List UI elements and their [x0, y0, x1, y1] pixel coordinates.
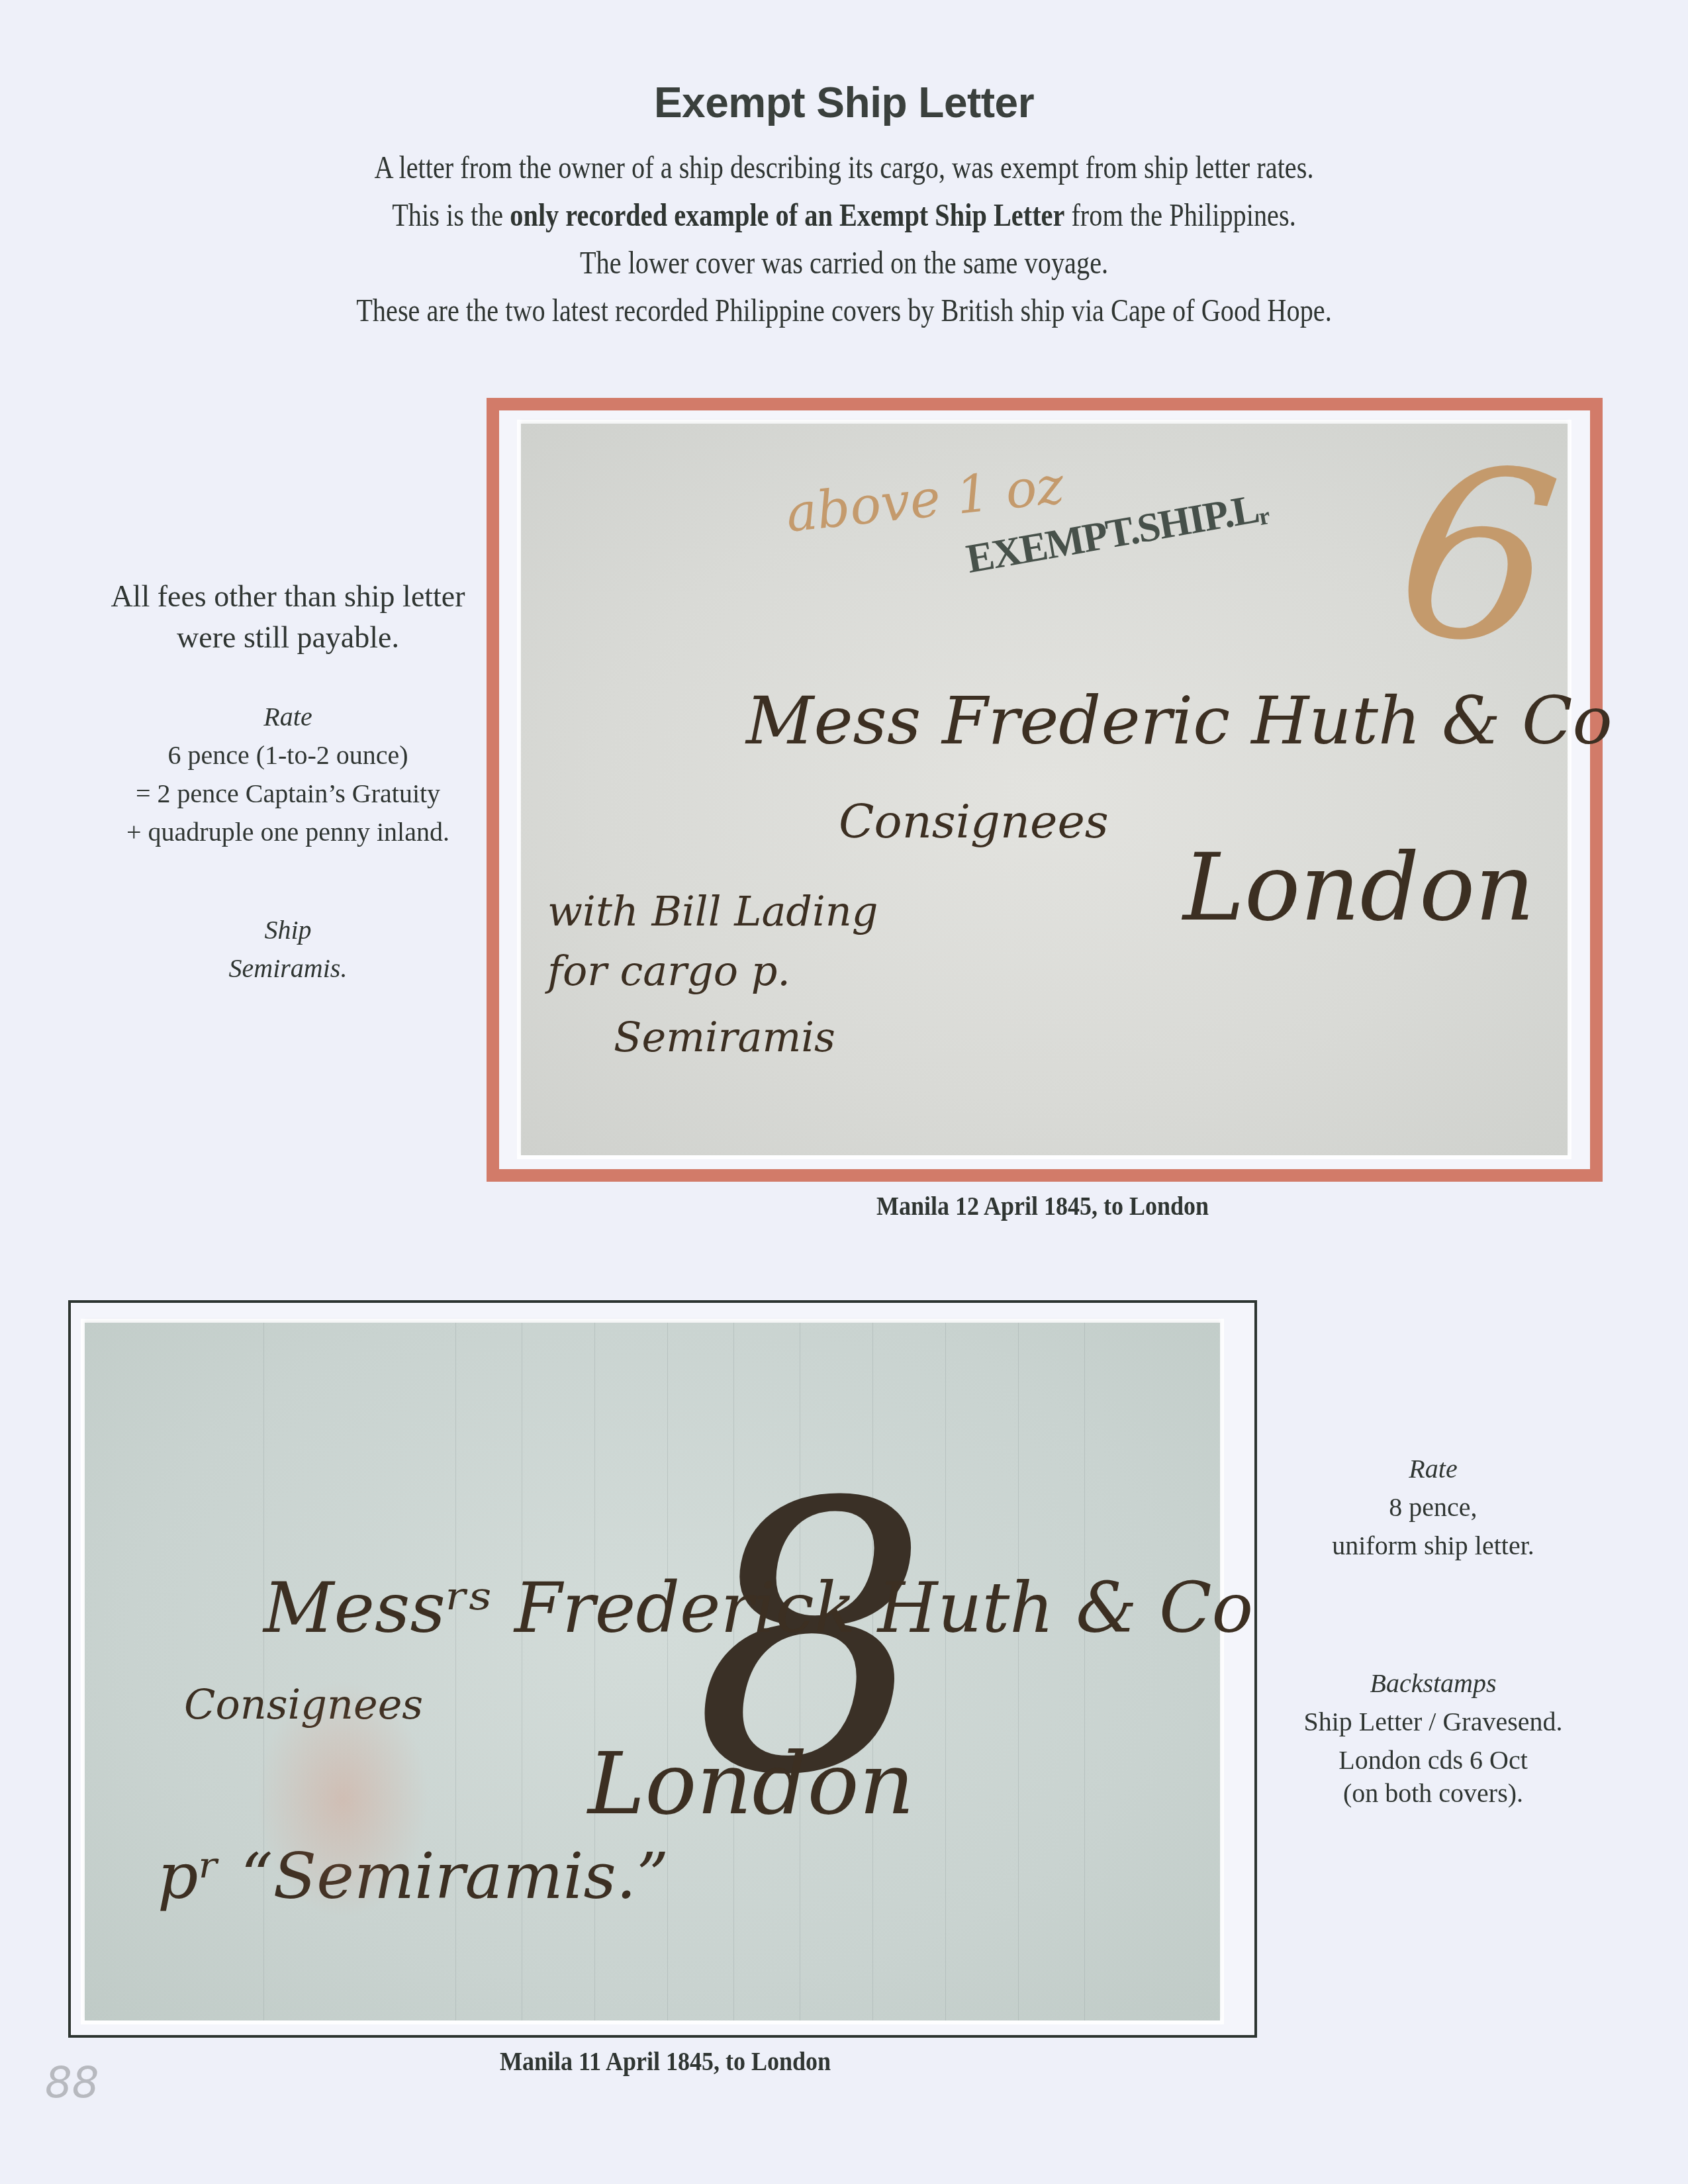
endorsement-line-3: Semiramis [614, 1013, 835, 1061]
intro-line-2: This is the only recorded example of an … [135, 192, 1553, 240]
endorsement-line-2: for cargo p. [547, 947, 790, 995]
rate-mark-6: 6 [1385, 428, 1569, 685]
page-title: Exempt Ship Letter [0, 78, 1688, 127]
lower-cover-image: 8 Messʳˢ Frederick Huth & Co Consignees … [85, 1323, 1220, 2020]
lower-notes: Rate 8 pence, uniform ship letter. Backs… [1258, 1450, 1609, 1813]
upper-cover-image: above 1 oz EXEMPT.SHIP.Lᵣ 6 Mess Frederi… [521, 424, 1568, 1155]
rate-line-1: 8 pence, [1258, 1488, 1609, 1527]
backstamps-line-3: (on both covers). [1258, 1774, 1609, 1813]
fees-note-line-2: were still payable. [60, 617, 516, 658]
rate-line-2: = 2 pence Captain’s Gratuity [60, 775, 516, 813]
ship-name: Semiramis. [60, 949, 516, 988]
intro-line-2-post: from the Philippines. [1064, 198, 1295, 233]
address-line-2: Consignees [839, 794, 1109, 849]
intro-line-2-pre: This is the [392, 198, 510, 233]
intro-text: A letter from the owner of a ship descri… [0, 144, 1688, 335]
red-offset-mark [257, 1680, 429, 1919]
intro-line-2-emphasis: only recorded example of an Exempt Ship … [510, 198, 1064, 233]
intro-line-4: These are the two latest recorded Philip… [135, 287, 1553, 335]
upper-cover-caption: Manila 12 April 1845, to London [808, 1190, 1278, 1221]
rate-line-3: + quadruple one penny inland. [60, 813, 516, 851]
rate-heading: Rate [1258, 1450, 1609, 1488]
address-city: London [1183, 834, 1535, 942]
address-line-1: Messʳˢ Frederick Huth & Co [263, 1568, 1253, 1648]
endorsement-line-1: with Bill Lading [547, 887, 878, 935]
upper-notes: All fees other than ship letter were sti… [60, 576, 516, 988]
intro-line-3: The lower cover was carried on the same … [135, 240, 1553, 287]
page-number: 88 [45, 2059, 99, 2108]
ship-heading: Ship [60, 911, 516, 949]
fees-note-line-1: All fees other than ship letter [60, 576, 516, 617]
backstamps-line-1: Ship Letter / Gravesend. [1258, 1703, 1609, 1741]
rate-heading: Rate [60, 698, 516, 736]
backstamps-heading: Backstamps [1258, 1664, 1609, 1703]
address-line-1: Mess Frederic Huth & Co [746, 682, 1613, 759]
intro-line-1: A letter from the owner of a ship descri… [135, 144, 1553, 192]
address-city: London [588, 1733, 915, 1834]
rate-line-2: uniform ship letter. [1258, 1527, 1609, 1565]
lower-cover-caption: Manila 11 April 1845, to London [448, 2046, 883, 2077]
rate-line-1: 6 pence (1-to-2 ounce) [60, 736, 516, 775]
